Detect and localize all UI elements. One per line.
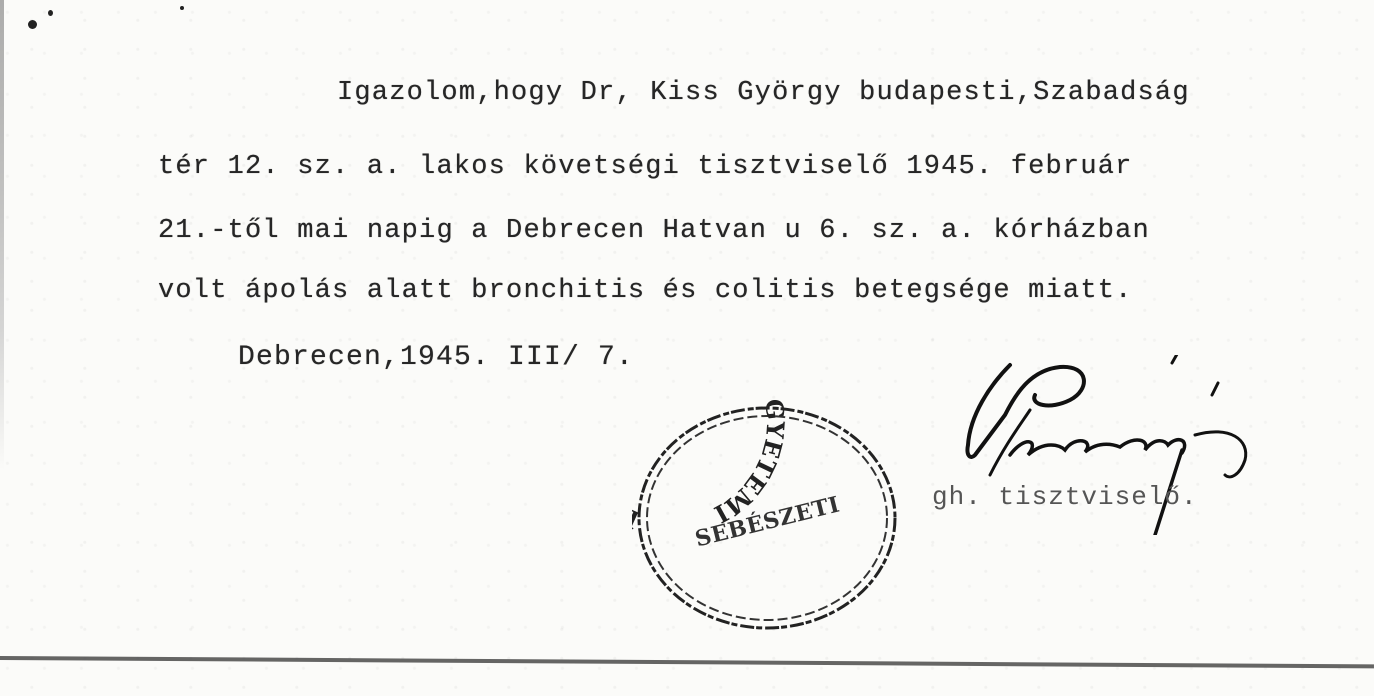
ink-speck xyxy=(180,6,184,10)
bottom-rule xyxy=(0,656,1374,668)
body-line-3: 21.-től mai napig a Debrecen Hatvan u 6.… xyxy=(158,216,1150,246)
place-date: Debrecen,1945. III/ 7. xyxy=(238,342,634,373)
ink-speck xyxy=(28,20,37,29)
document-page: Igazolom,hogy Dr, Kiss György budapesti,… xyxy=(0,0,1374,696)
scan-left-edge xyxy=(0,0,4,470)
ink-speck xyxy=(48,10,53,16)
university-stamp: DEBRECZENI M. KIR. TUD. EGYETEMI SEBÉSZE… xyxy=(632,400,902,630)
stamp-inner-text: SEBÉSZETI xyxy=(692,490,842,552)
signer-title: gh. tisztviselő. xyxy=(932,482,1198,512)
body-line-1: Igazolom,hogy Dr, Kiss György budapesti,… xyxy=(337,78,1190,108)
body-line-4: volt ápolás alatt bronchitis és colitis … xyxy=(158,276,1133,306)
body-line-2: tér 12. sz. a. lakos követségi tisztvise… xyxy=(158,152,1133,182)
